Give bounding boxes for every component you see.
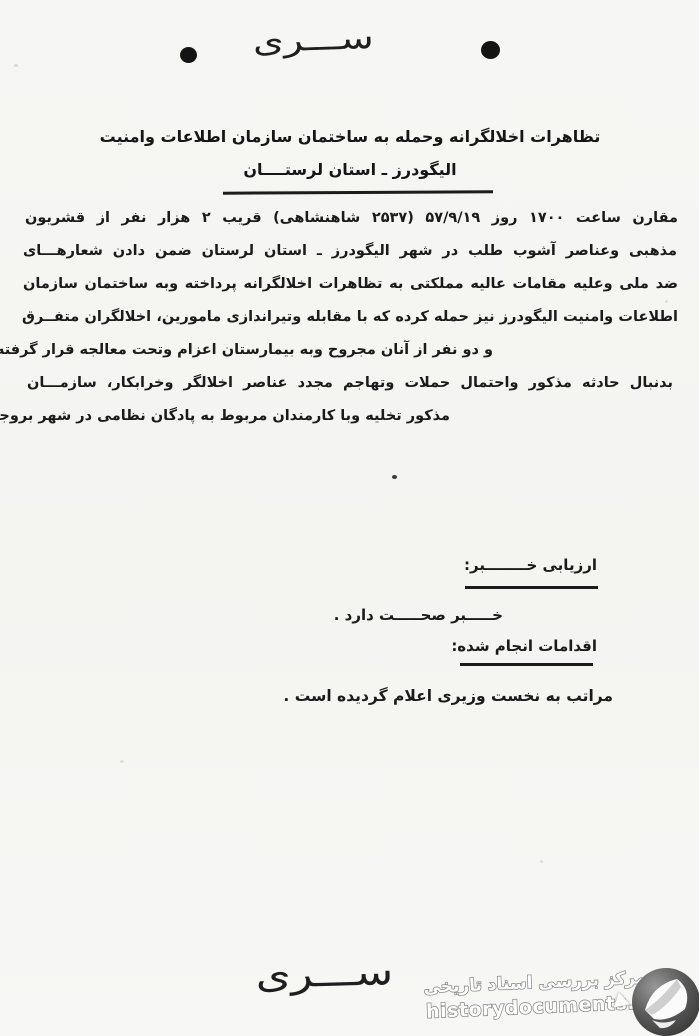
title-underline xyxy=(223,190,493,194)
body-line: و دو نفر از آنان مجروح وبه بیمارستان اعز… xyxy=(0,338,493,362)
open-book-icon xyxy=(632,968,699,1036)
actions-taken-label: اقدامات انجام شده: xyxy=(451,637,597,655)
actions-underline xyxy=(460,663,593,666)
scan-speck xyxy=(120,760,124,763)
evaluation-result: خـــــبر صحـــــت دارد . xyxy=(334,606,503,624)
actions-taken-text: مراتب به نخست وزیری اعلام گردیده است . xyxy=(283,687,613,705)
scan-speck xyxy=(392,475,397,479)
body-line: بدنبال حادثه مذکور واحتمال حملات وتهاجم … xyxy=(27,371,673,395)
document-title: تظاهرات اخلالگرانه وحمله به ساختمان سازم… xyxy=(59,126,641,181)
body-line: مذهبی وعناصر آشوب طلب در شهر الیگودرز ـ … xyxy=(23,239,677,263)
evaluation-underline xyxy=(465,586,598,589)
secret-classification-bottom: ســـری xyxy=(255,950,394,997)
body-line: اطلاعات وامنیت الیگودرز نیز حمله کرده که… xyxy=(22,305,678,329)
ink-dot-icon xyxy=(180,47,197,63)
title-line-1: تظاهرات اخلالگرانه وحمله به ساختمان سازم… xyxy=(59,126,641,148)
scan-speck xyxy=(665,300,668,303)
body-line: مقارن ساعت ۱۷۰۰ روز ۵۷/۹/۱۹ (۲۵۳۷ شاهنشا… xyxy=(25,206,678,230)
secret-classification-top: ســـری xyxy=(252,20,374,60)
body-line: ضد ملی وعلیه مقامات عالیه مملکتی به تظاه… xyxy=(23,272,678,296)
evaluation-label: ارزیابی خــــــــبر: xyxy=(464,556,597,574)
ink-dot-icon xyxy=(481,41,500,59)
scan-speck xyxy=(540,860,543,863)
scan-speck xyxy=(14,64,18,67)
body-line: مذکور تخلیه وبا کارمندان مربوط به پادگان… xyxy=(0,404,450,428)
scanned-document-page: ســـری تظاهرات اخلالگرانه وحمله به ساختم… xyxy=(0,0,699,1036)
title-line-2: الیگودرز ـ استان لرستــــان xyxy=(59,159,641,181)
